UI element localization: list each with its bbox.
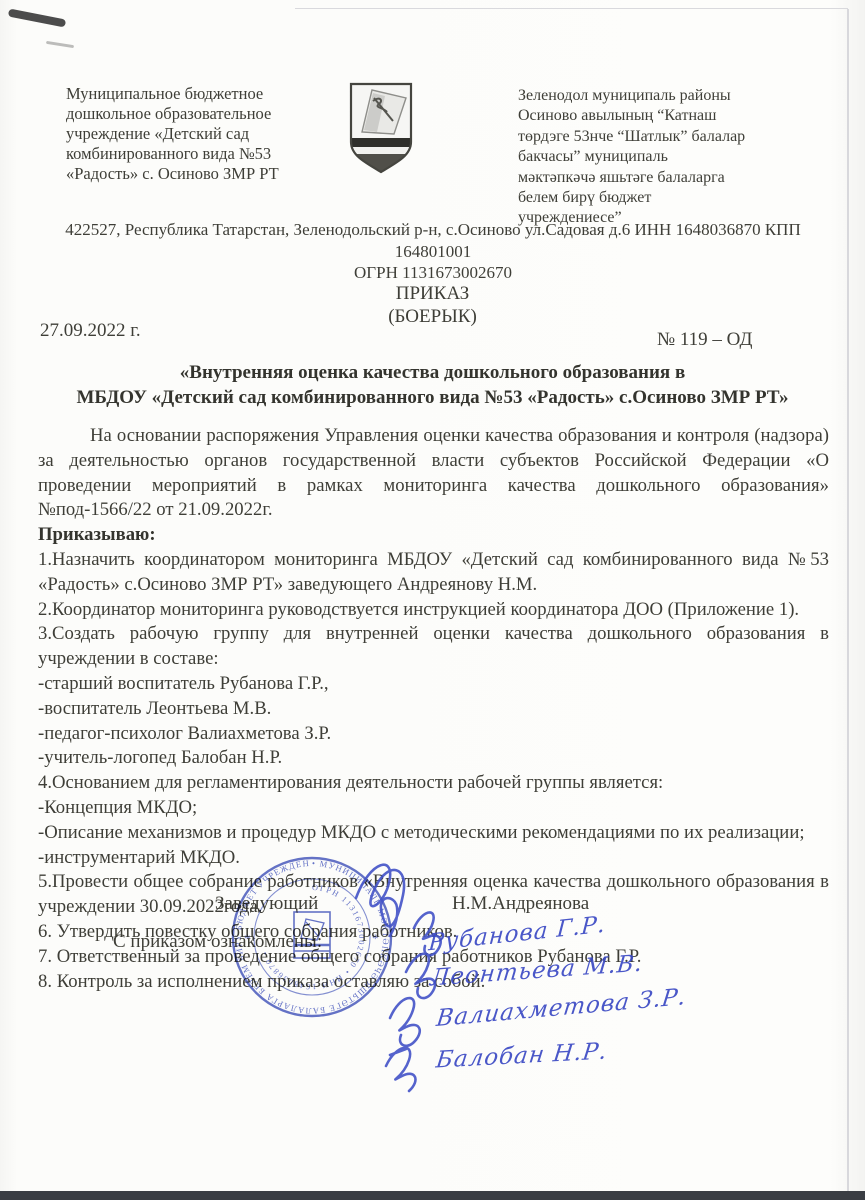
order-item-4b: -Описание механизмов и процедур МКДО с м…	[38, 821, 829, 846]
scan-smudge-artifact	[46, 41, 74, 48]
order-item-4a: -Концепция МКДО;	[38, 796, 829, 821]
org-name-russian: Муниципальное бюджетное дошкольное образ…	[66, 84, 356, 184]
order-item-3: 3.Создать рабочую группу для внутренней …	[38, 622, 829, 672]
order-item-3a: -старший воспитатель Рубанова Г.Р.,	[38, 672, 829, 697]
order-item-3c: -педагог-психолог Валиахметова З.Р.	[38, 722, 829, 747]
org-name-tatar: Зеленодол муниципаль районы Осиново авыл…	[518, 86, 773, 229]
page-top-edge	[295, 8, 848, 9]
coat-of-arms-icon	[348, 82, 414, 179]
order-date: 27.09.2022 г.	[40, 320, 141, 342]
subject-line-1: «Внутренняя оценка качества дошкольного …	[30, 360, 835, 385]
order-item-1: 1.Назначить координатором мониторинга МБ…	[38, 548, 829, 598]
page-bottom-edge	[0, 1191, 865, 1200]
order-number: № 119 – ОД	[657, 329, 752, 351]
address-line-2: ОГРН 1131673002670	[38, 262, 828, 284]
order-item-3b: -воспитатель Леонтьева М.В.	[38, 697, 829, 722]
stamp-asterisk-left: *	[244, 931, 251, 946]
order-title-russian: ПРИКАЗ	[0, 282, 865, 305]
order-item-3d: -учитель-логопед Балобан Н.Р.	[38, 746, 829, 771]
org-address: 422527, Республика Татарстан, Зеленодоль…	[38, 219, 828, 284]
order-item-4: 4.Основанием для регламентирования деяте…	[38, 771, 829, 796]
scanned-order-page: Муниципальное бюджетное дошкольное образ…	[0, 0, 865, 1200]
director-signature-stroke	[356, 865, 404, 936]
initial-squiggle-3	[390, 998, 420, 1046]
scan-corner-artifact	[8, 9, 66, 28]
initial-squiggle-4	[386, 1048, 415, 1091]
order-subject: «Внутренняя оценка качества дошкольного …	[30, 360, 835, 410]
order-keyword: Приказываю:	[38, 523, 829, 548]
intro-paragraph: На основании распоряжения Управления оце…	[38, 424, 829, 523]
subject-line-2: МБДОУ «Детский сад комбинированного вида…	[30, 385, 835, 410]
order-item-2: 2.Координатор мониторинга руководствуетс…	[38, 598, 829, 623]
address-line-1: 422527, Республика Татарстан, Зеленодоль…	[38, 219, 828, 262]
page-right-edge	[847, 9, 849, 1191]
